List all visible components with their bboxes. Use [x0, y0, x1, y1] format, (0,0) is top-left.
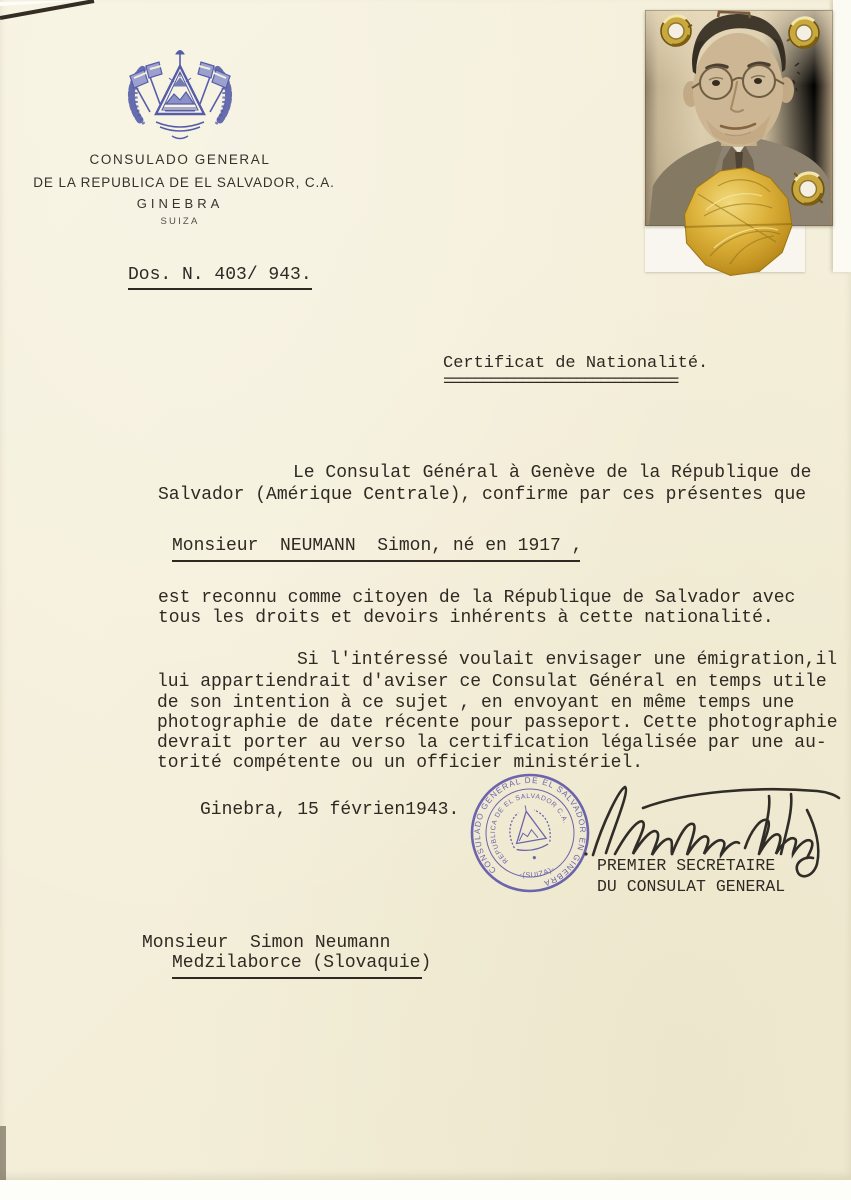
staple: [716, 10, 752, 20]
body-line: devrait porter au verso la certification…: [157, 733, 827, 754]
recipient-address: Medzilaborce (Slovaquie): [172, 953, 422, 979]
title-underline: ==============================: [443, 372, 677, 393]
subject-line: Monsieur NEUMANN Simon, né en 1917 ,: [172, 536, 580, 562]
body-line: Salvador (Amérique Centrale), confirme p…: [158, 485, 806, 506]
signatory-title-line2: DU CONSULAT GENERAL: [597, 876, 785, 897]
body-line: photographie de date récente pour passep…: [157, 713, 838, 734]
scanned-document: CONSULADO GENERAL DE LA REPUBLICA DE EL …: [0, 0, 851, 1200]
paper-sheet: CONSULADO GENERAL DE LA REPUBLICA DE EL …: [0, 0, 851, 1180]
date-line: Ginebra, 15 févrien1943.: [200, 800, 459, 821]
body-line: est reconnu comme citoyen de la Républiq…: [158, 588, 795, 609]
grommet-icon: [658, 13, 694, 49]
letterhead-line1: CONSULADO GENERAL: [0, 152, 360, 167]
stamp-coat-of-arms: [505, 802, 554, 863]
paper-edge-strip: [833, 0, 851, 272]
body-line: Le Consulat Général à Genève de la Répub…: [293, 463, 811, 484]
signatory-title-line1: PREMIER SECRETAIRE: [597, 855, 775, 876]
body-line: lui appartiendrait d'aviser ce Consulat …: [157, 672, 827, 693]
dossier-number: Dos. N. 403/ 943.: [128, 265, 312, 290]
paper-edge-shadow: [0, 1126, 6, 1180]
body-line: Si l'intéressé voulait envisager une émi…: [297, 650, 837, 671]
corner-fold-mark: [0, 0, 100, 26]
letterhead-line4: SUIZA: [0, 216, 360, 227]
letterhead-line3: GINEBRA: [0, 196, 360, 211]
gold-seal: [680, 164, 796, 280]
letterhead-line2: DE LA REPUBLICA DE EL SALVADOR, C.A.: [0, 175, 368, 190]
el-salvador-coat-of-arms: [116, 42, 244, 146]
recipient-name: Monsieur Simon Neumann: [142, 933, 390, 954]
document-title: Certificat de Nationalité.: [443, 353, 708, 374]
body-line: tous les droits et devoirs inhérents à c…: [158, 608, 774, 629]
body-line: de son intention à ce sujet , en envoyan…: [157, 693, 794, 714]
grommet-icon: [786, 15, 822, 51]
